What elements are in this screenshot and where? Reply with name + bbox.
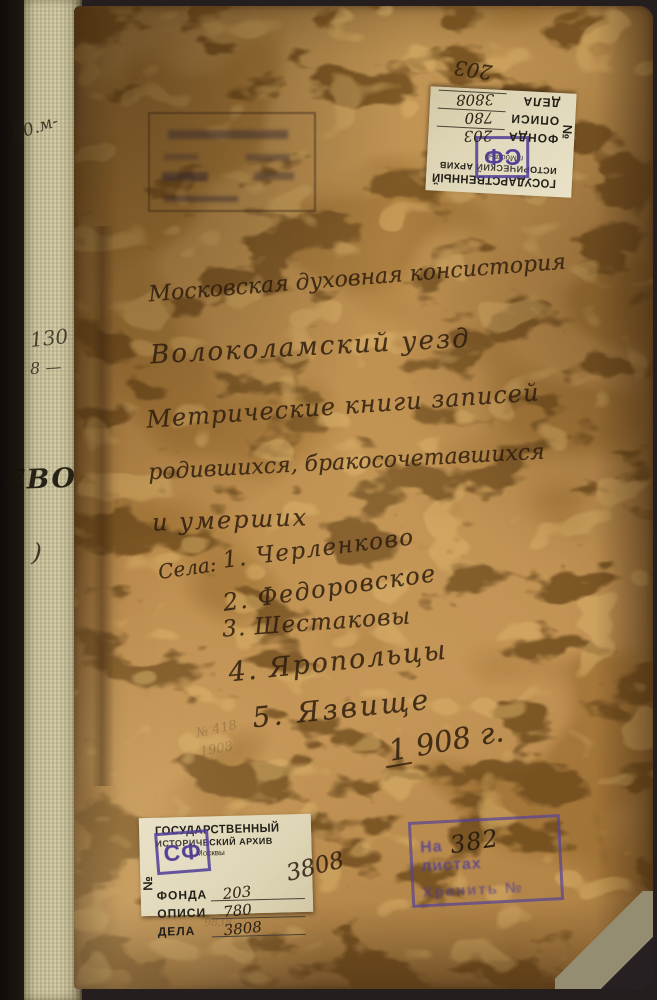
stamp-prefix: На [420,838,443,856]
stamp-line2: Хранить № [422,878,553,902]
row-label: ОПИСИ [505,111,560,128]
sf-stamp: СФ [154,829,211,875]
sheets-count-stamp: На 382 листах Хранить № [408,814,564,908]
sf-stamp-text: СФ [163,837,203,867]
spine-mark-letters: ЕВО [3,463,77,497]
handwriting-line: и умерших [152,503,309,536]
book-front-cover: ГОСУДАРСТВЕННЫЙ ИСТОРИЧЕСКИЙ АРХИВ г. Мо… [74,6,653,989]
row-value: 3808 [456,90,494,109]
row-label: ФОНДА [504,129,559,146]
cover-crease [92,226,114,786]
numero-sign: № [559,124,575,139]
spine-mark-number: 130 [29,324,69,352]
worn-corner [555,891,653,989]
flipped-handwritten-number: 203 [453,55,494,84]
row-label: ФОНДА [157,887,211,902]
book-cover-photo: 90.м- 130 8 — ЕВО ) [0,0,657,1000]
numero-sign: № [140,876,155,891]
archive-label-top: ГОСУДАРСТВЕННЫЙ ИСТОРИЧЕСКИЙ АРХИВ г. Мо… [425,86,576,197]
stamp-suffix: листах [421,855,482,875]
stamp-sheet-count: 382 [448,824,501,859]
row-label: ДЕЛА [506,93,561,110]
faint-pencil-number: 9838 [204,916,232,929]
spine-mark-dash: 8 — [29,357,62,378]
spine-mark-bracket: ) [31,538,43,568]
faded-stamp [148,112,316,212]
